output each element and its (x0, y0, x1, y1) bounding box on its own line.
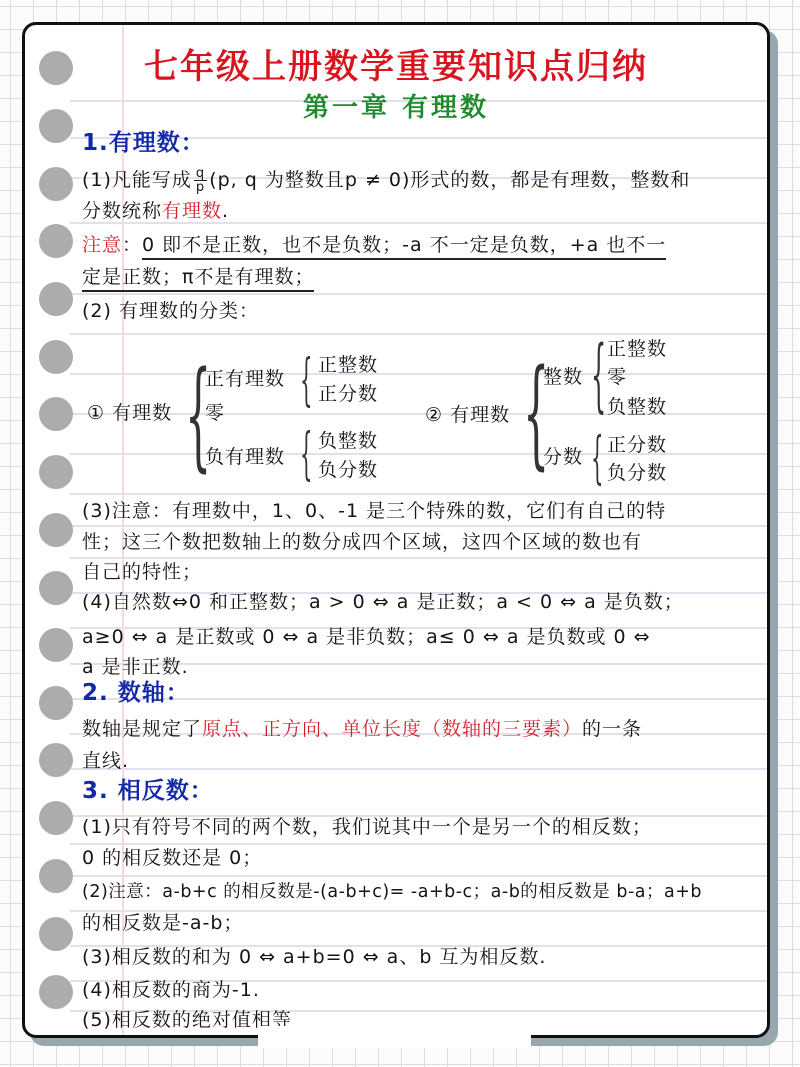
section-heading-number-line: 2. 数轴： (82, 681, 190, 705)
binder-hole (39, 917, 73, 951)
binder-hole (39, 975, 73, 1009)
tree1-branch-zero: 零 (205, 401, 225, 425)
note-line-2: 定是正数；π不是有理数； (82, 265, 314, 289)
tree2-branch-fraction: 分数 (543, 445, 583, 469)
opposite-note-line-2: 的相反数是-a-b； (82, 911, 243, 935)
chapter-title: 第一章 有理数 (25, 87, 767, 124)
number-line-three-elements: 原点、正方向、单位长度（数轴的三要素） (202, 718, 582, 740)
binder-hole (39, 224, 73, 258)
natural-numbers-line-2: a≥0 ⇔ a 是正数或 0 ⇔ a 是非负数；a≤ 0 ⇔ a 是负数或 0 … (82, 625, 651, 649)
tree2-branch-integer: 整数 (543, 365, 583, 389)
rule-line (70, 493, 767, 495)
tree1-leaf: 负分数 (318, 458, 378, 482)
tree1-branch-negative: 负有理数 (205, 445, 285, 469)
special-numbers-line-1: (3)注意：有理数中，1、0、-1 是三个特殊的数，它们有自己的特 (82, 499, 666, 523)
fraction-numerator: q (194, 167, 207, 181)
fraction-denominator: p (194, 181, 207, 194)
tree2-leaf: 负分数 (607, 461, 667, 485)
rule-line (70, 557, 767, 559)
definition-line2-prefix: 分数统称 (82, 200, 162, 222)
rule-line (70, 525, 767, 527)
definition-line-2: 分数统称有理数. (82, 199, 229, 223)
brace-icon: { (300, 353, 312, 409)
binder-hole (39, 167, 73, 201)
tree1-root: ① 有理数 (87, 401, 172, 425)
opposite-sum: (3)相反数的和为 0 ⇔ a+b=0 ⇔ a、b 互为相反数. (82, 945, 546, 969)
opposite-line-2: 0 的相反数还是 0； (82, 846, 262, 870)
section-heading-opposite-numbers: 3. 相反数： (82, 779, 214, 803)
natural-numbers-line-1: (4)自然数⇔0 和正整数；a > 0 ⇔ a 是正数；a < 0 ⇔ a 是负… (82, 590, 684, 614)
definition-line2-suffix: . (222, 200, 229, 222)
binder-hole (39, 455, 73, 489)
binder-hole (39, 282, 73, 316)
tree2-root: ② 有理数 (425, 403, 510, 427)
section-heading-rational-numbers: 1.有理数： (82, 131, 205, 155)
classification-heading: (2) 有理数的分类： (82, 299, 259, 323)
note-line-1: 注意：0 即不是正数，也不是负数；-a 不一定是负数，+a 也不一 (82, 233, 666, 257)
number-line-line-1: 数轴是规定了原点、正方向、单位长度（数轴的三要素）的一条 (82, 717, 642, 741)
binder-hole (39, 801, 73, 835)
fraction-q-over-p: qp (194, 167, 207, 194)
tree2-leaf: 零 (607, 365, 627, 389)
special-numbers-line-2: 性；这三个数把数轴上的数分成四个区域，这四个区域的数也有 (82, 530, 642, 554)
opposite-quotient: (4)相反数的商为-1. (82, 978, 260, 1002)
tree1-leaf: 正分数 (318, 382, 378, 406)
binder-hole (39, 340, 73, 374)
rule-line (70, 768, 767, 770)
highlight-rational-number: 有理数 (162, 200, 222, 222)
tree2-leaf: 负整数 (607, 395, 667, 419)
rule-line (70, 373, 767, 375)
definition-rest: (p, q 为整数且p ≠ 0)形式的数，都是有理数，整数和 (209, 169, 690, 191)
brace-icon: { (591, 431, 603, 487)
binder-hole (39, 859, 73, 893)
tree1-leaf: 负整数 (318, 429, 378, 453)
rule-line (70, 875, 767, 877)
tree2-leaf: 正分数 (607, 433, 667, 457)
opposite-line-1: (1)只有符号不同的两个数，我们说其中一个是另一个的相反数； (82, 815, 652, 839)
note-text-2: 定是正数；π不是有理数； (82, 266, 314, 292)
binder-hole (39, 513, 73, 547)
number-line-suffix: 的一条 (582, 718, 642, 740)
page-title: 七年级上册数学重要知识点归纳 (25, 39, 767, 88)
definition-line-1: (1)凡能写成qp(p, q 为整数且p ≠ 0)形式的数，都是有理数，整数和 (82, 167, 690, 194)
natural-numbers-line-3: a 是非正数. (82, 655, 189, 679)
brace-icon: { (591, 335, 606, 415)
number-line-line-2: 直线. (82, 749, 129, 773)
rule-line (70, 293, 767, 295)
card-bottom-gap (258, 1026, 531, 1048)
special-numbers-line-3: 自己的特性； (82, 560, 202, 584)
tree1-leaf: 正整数 (318, 353, 378, 377)
brace-icon: { (300, 427, 312, 483)
note-colon: ： (122, 234, 142, 256)
note-text-1: 0 即不是正数，也不是负数；-a 不一定是负数，+a 也不一 (142, 234, 666, 260)
rule-line (70, 843, 767, 845)
definition-prefix: (1)凡能写成 (82, 169, 192, 191)
binder-hole (39, 571, 73, 605)
binder-hole (39, 743, 73, 777)
binder-hole (39, 686, 73, 720)
notebook-card: 七年级上册数学重要知识点归纳 第一章 有理数 1.有理数： (1)凡能写成qp(… (22, 22, 770, 1038)
tree1-branch-positive: 正有理数 (205, 367, 285, 391)
binder-hole (39, 397, 73, 431)
opposite-note-line-1: (2)注意：a-b+c 的相反数是-(a-b+c)= -a+b-c；a-b的相反… (82, 880, 702, 904)
tree2-leaf: 正整数 (607, 337, 667, 361)
rule-line (70, 333, 767, 335)
binder-hole (39, 628, 73, 662)
note-label: 注意 (82, 234, 122, 256)
number-line-prefix: 数轴是规定了 (82, 718, 202, 740)
